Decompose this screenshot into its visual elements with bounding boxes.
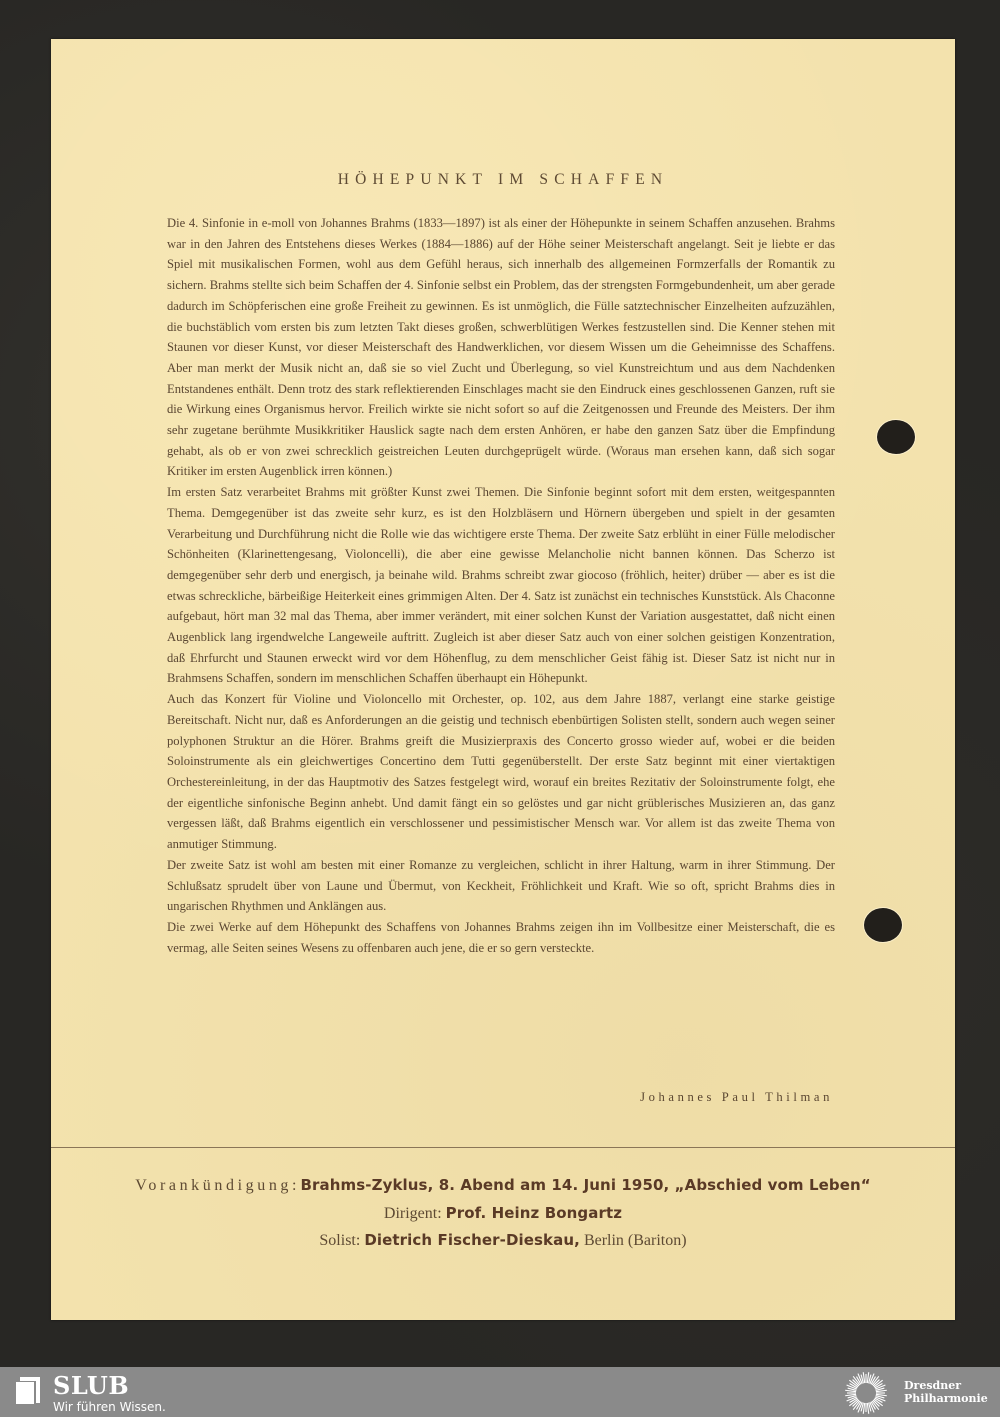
soloist-label: Solist:	[319, 1232, 360, 1249]
announcement-line-conductor: Dirigent: Prof. Heinz Bongartz	[51, 1200, 955, 1228]
punch-hole-upper	[877, 420, 915, 454]
slub-logo-icon[interactable]	[14, 1375, 42, 1405]
conductor-name: Prof. Heinz Bongartz	[446, 1204, 622, 1222]
logo-line-1: Dresdner	[904, 1380, 988, 1393]
paragraph-symphony-intro: Die 4. Sinfonie in e-moll von Johannes B…	[167, 213, 835, 482]
logo-line-2: Philharmonie	[904, 1393, 988, 1406]
announcement-event: Brahms-Zyklus, 8. Abend am 14. Juni 1950…	[300, 1176, 870, 1194]
paragraph-double-concerto: Auch das Konzert für Violine und Violonc…	[167, 689, 835, 855]
soloist-detail: Berlin (Bariton)	[584, 1232, 687, 1249]
announcement-block: Vorankündigung: Brahms-Zyklus, 8. Abend …	[51, 1172, 955, 1255]
document-page: HÖHEPUNKT IM SCHAFFEN Die 4. Sinfonie in…	[51, 39, 955, 1320]
dresdner-philharmonie-logo-text[interactable]: Dresdner Philharmonie	[904, 1380, 988, 1405]
announcement-line-event: Vorankündigung: Brahms-Zyklus, 8. Abend …	[51, 1172, 955, 1200]
article-body: Die 4. Sinfonie in e-moll von Johannes B…	[167, 213, 835, 958]
page-title: HÖHEPUNKT IM SCHAFFEN	[51, 171, 955, 189]
footer-bar: SLUB Wir führen Wissen. Dresdner Philhar…	[0, 1367, 1000, 1417]
paragraph-conclusion: Die zwei Werke auf dem Höhepunkt des Sch…	[167, 917, 835, 958]
punch-hole-lower	[864, 908, 902, 942]
slub-tagline: Wir führen Wissen.	[53, 1400, 166, 1414]
announcement-line-soloist: Solist: Dietrich Fischer-Dieskau, Berlin…	[51, 1227, 955, 1255]
paragraph-symphony-movements: Im ersten Satz verarbeitet Brahms mit gr…	[167, 482, 835, 689]
announcement-label: Vorankündigung	[135, 1177, 292, 1194]
slub-logo-text[interactable]: SLUB	[53, 1371, 129, 1400]
dresdner-philharmonie-logo-icon[interactable]	[842, 1370, 890, 1416]
soloist-name: Dietrich Fischer-Dieskau,	[364, 1231, 580, 1249]
conductor-label: Dirigent:	[384, 1205, 442, 1222]
announcement-separator: :	[292, 1177, 296, 1194]
author-signature: Johannes Paul Thilman	[51, 1090, 833, 1105]
paragraph-concerto-movements: Der zweite Satz ist wohl am besten mit e…	[167, 855, 835, 917]
divider-line	[51, 1147, 955, 1148]
